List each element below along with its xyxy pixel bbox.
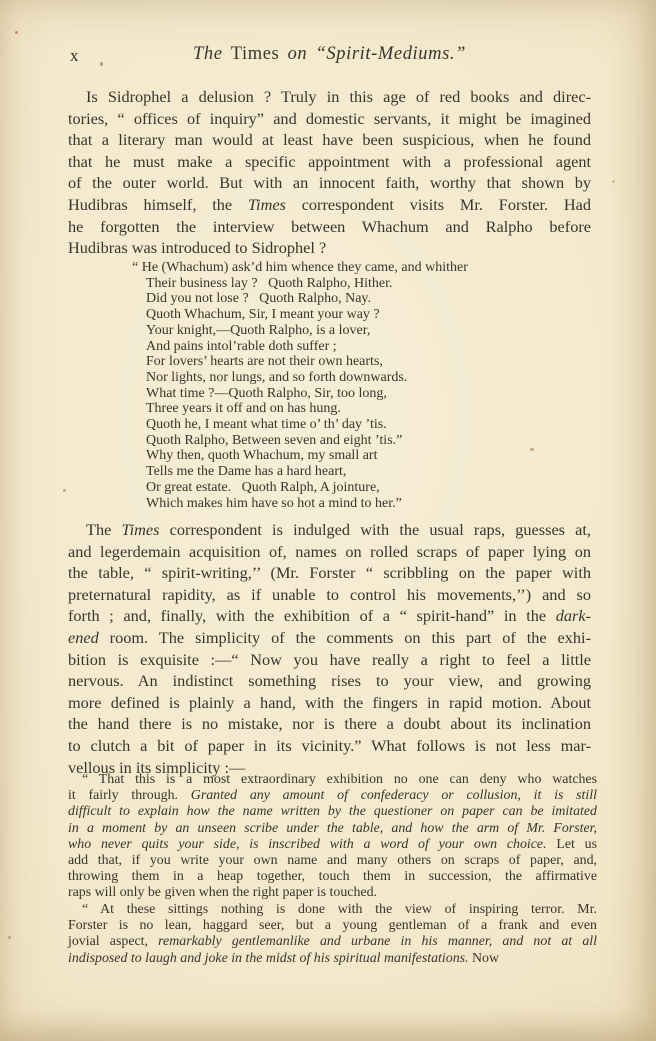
italic-text-run: indisposed to laugh and joke in the mids…: [68, 951, 469, 966]
text-run: Which makes him have so hot a mind to he…: [146, 496, 402, 511]
text-line: to clutch a bit of paper in its vicinity…: [68, 735, 591, 757]
text-run: that he must make a specific appointment…: [68, 152, 591, 171]
verse-quotation: “ He (Whachum) ask’d him whence they cam…: [146, 260, 578, 511]
text-run: jovial aspect,: [68, 934, 158, 949]
italic-text-run: dark-: [556, 606, 591, 625]
text-line: “ At these sittings nothing is done with…: [68, 902, 597, 918]
italic-text-run: who never quits your side, is inscribed …: [68, 837, 547, 852]
text-run: Nor lights, nor lungs, and so forth down…: [146, 370, 407, 385]
verse-line: What time ?—Quoth Ralpho, Sir, too long,: [146, 386, 578, 402]
text-run: it fairly through.: [68, 788, 191, 803]
text-run: forth ; and, finally, with the exhibitio…: [68, 606, 556, 625]
text-run: bition is exquisite :—“ Now you have rea…: [68, 650, 591, 669]
paper-speck: [15, 31, 18, 34]
text-line: jovial aspect, remarkably gentlemanlike …: [68, 934, 597, 950]
text-line: of the outer world. But with an innocent…: [68, 172, 591, 194]
text-run: add that, if you write your own name and…: [68, 853, 597, 868]
text-run: more defined is plainly a hand, with the…: [68, 693, 591, 712]
italic-text-run: Granted any amount of confederacy or col…: [191, 788, 597, 803]
text-run: What time ?—Quoth Ralpho, Sir, too long,: [146, 386, 387, 401]
text-run: Hudibras was introduced to Sidrophel ?: [68, 238, 326, 257]
text-line: raps will only be given when the right p…: [68, 885, 597, 901]
paper-speck: [8, 936, 11, 939]
text-line: The Times correspondent is indulged with…: [68, 519, 591, 541]
text-run: Three years it off and on has hung.: [146, 401, 341, 416]
text-run: Quoth Whachum, Sir, I meant your way ?: [146, 307, 380, 322]
text-run: tories, “ offices of inquiry” and domest…: [68, 109, 591, 128]
text-line: he forgotten the interview between Whach…: [68, 216, 591, 238]
verse-line: Did you not lose ? Quoth Ralpho, Nay.: [146, 291, 578, 307]
text-line: add that, if you write your own name and…: [68, 853, 597, 869]
text-run: correspondent visits Mr. Forster. Had: [286, 195, 591, 214]
text-run: “ At these sittings nothing is done with…: [82, 902, 597, 917]
text-run: Now: [469, 951, 499, 966]
italic-text-run: Times: [248, 195, 286, 214]
paper-speck: [63, 489, 66, 492]
text-line: difficult to explain how the name writte…: [68, 804, 597, 820]
text-run: Their business lay ? Quoth Ralpho, Hithe…: [146, 276, 393, 291]
verse-line: And pains intol’rable doth suffer ;: [146, 339, 578, 355]
italic-text-run: ened: [68, 628, 99, 647]
text-run: Why then, quoth Whachum, my small art: [146, 448, 377, 463]
text-run: The: [86, 520, 121, 539]
text-line: more defined is plainly a hand, with the…: [68, 692, 591, 714]
text-run: Quoth he, I meant what time o’ th’ day ’…: [146, 417, 387, 432]
italic-text-run: Times: [121, 520, 159, 539]
verse-line: Nor lights, nor lungs, and so forth down…: [146, 370, 578, 386]
text-line: nervous. An indistinct something rises t…: [68, 670, 591, 692]
text-run: he forgotten the interview between Whach…: [68, 217, 591, 236]
text-run: “ That this is a most extraordinary exhi…: [82, 772, 597, 787]
verse-line: Quoth Ralpho, Between seven and eight ’t…: [146, 433, 578, 449]
text-run: and legerdemain acquisition of, names on…: [68, 542, 591, 561]
small-print-quote-1: “ That this is a most extraordinary exhi…: [68, 772, 597, 902]
paragraph-intro: Is Sidrophel a delusion ? Truly in this …: [68, 86, 591, 259]
text-run: For lovers’ hearts are not their own hea…: [146, 354, 383, 369]
text-run: that a literary man would at least have …: [68, 130, 591, 149]
text-line: bition is exquisite :—“ Now you have rea…: [68, 649, 591, 671]
text-run: Or great estate. Quoth Ralph, A jointure…: [146, 480, 380, 495]
text-run: throwing them in a heap together, touch …: [68, 869, 597, 884]
text-run: Your knight,—Quoth Ralpho, is a lover,: [146, 323, 370, 338]
running-header: The Times on “Spirit-Mediums.”: [68, 44, 591, 65]
text-line: preternatural rapidity, as if unable to …: [68, 584, 591, 606]
text-line: who never quits your side, is inscribed …: [68, 837, 597, 853]
text-run: Is Sidrophel a delusion ? Truly in this …: [86, 87, 591, 106]
text-line: throwing them in a heap together, touch …: [68, 869, 597, 885]
text-run: preternatural rapidity, as if unable to …: [68, 585, 591, 604]
text-line: “ That this is a most extraordinary exhi…: [68, 772, 597, 788]
text-run: Did you not lose ? Quoth Ralpho, Nay.: [146, 291, 371, 306]
text-run: to clutch a bit of paper in its vicinity…: [68, 736, 591, 755]
text-line: the hand there is no mistake, nor is the…: [68, 713, 591, 735]
text-run: [492, 934, 502, 949]
paper-speck: [612, 180, 615, 183]
text-run: Hudibras himself, the: [68, 195, 248, 214]
text-line: that a literary man would at least have …: [68, 129, 591, 151]
text-line: forth ; and, finally, with the exhibitio…: [68, 605, 591, 627]
text-run: room. The simplicity of the comments on …: [99, 628, 591, 647]
text-line: that he must make a specific appointment…: [68, 151, 591, 173]
text-run: the hand there is no mistake, nor is the…: [68, 714, 591, 733]
text-line: Hudibras himself, the Times corresponden…: [68, 194, 591, 216]
text-line: it fairly through. Granted any amount of…: [68, 788, 597, 804]
verse-line: Tells me the Dame has a hard heart,: [146, 464, 578, 480]
scanned-book-page: x The Times on “Spirit-Mediums.” Is Sidr…: [0, 0, 656, 1041]
verse-line: Three years it off and on has hung.: [146, 401, 578, 417]
text-line: and legerdemain acquisition of, names on…: [68, 541, 591, 563]
verse-line: Or great estate. Quoth Ralph, A jointure…: [146, 480, 578, 496]
text-line: in a moment by an unseen scribe under th…: [68, 821, 597, 837]
italic-text-run: and not at all: [502, 934, 597, 949]
verse-line: Why then, quoth Whachum, my small art: [146, 448, 578, 464]
text-run: raps will only be given when the right p…: [68, 885, 377, 900]
paragraph-correspondent: The Times correspondent is indulged with…: [68, 519, 591, 778]
italic-text-run: in a moment by an unseen scribe under th…: [68, 821, 597, 836]
text-run: “ He (Whachum) ask’d him whence they cam…: [132, 260, 468, 275]
text-run: And pains intol’rable doth suffer ;: [146, 339, 337, 354]
text-run: Times: [231, 44, 288, 64]
verse-line: Your knight,—Quoth Ralpho, is a lover,: [146, 323, 578, 339]
text-run: correspondent is indulged with the usual…: [159, 520, 591, 539]
text-line: tories, “ offices of inquiry” and domest…: [68, 108, 591, 130]
text-run: of the outer world. But with an innocent…: [68, 173, 591, 192]
text-run: Forster is no lean, haggard seer, but a …: [68, 918, 597, 933]
verse-line: Quoth Whachum, Sir, I meant your way ?: [146, 307, 578, 323]
text-run: the table, “ spirit-writing,’’ (Mr. Fors…: [68, 563, 591, 582]
italic-text-run: The: [193, 44, 231, 64]
text-run: Let us: [547, 837, 597, 852]
italic-text-run: difficult to explain how the name writte…: [68, 804, 597, 819]
verse-line: “ He (Whachum) ask’d him whence they cam…: [146, 260, 578, 276]
verse-line: Their business lay ? Quoth Ralpho, Hithe…: [146, 276, 578, 292]
italic-text-run: on: [288, 44, 316, 64]
text-line: ened room. The simplicity of the comment…: [68, 627, 591, 649]
text-line: indisposed to laugh and joke in the mids…: [68, 951, 597, 967]
italic-text-run: “Spirit-Mediums.”: [316, 44, 467, 64]
text-line: Hudibras was introduced to Sidrophel ?: [68, 237, 591, 259]
verse-line: Quoth he, I meant what time o’ th’ day ’…: [146, 417, 578, 433]
verse-line: For lovers’ hearts are not their own hea…: [146, 354, 578, 370]
text-line: the table, “ spirit-writing,’’ (Mr. Fors…: [68, 562, 591, 584]
text-run: Quoth Ralpho, Between seven and eight ’t…: [146, 433, 402, 448]
italic-text-run: remarkably gentlemanlike and urbane in h…: [158, 934, 492, 949]
text-run: Tells me the Dame has a hard heart,: [146, 464, 346, 479]
verse-line: Which makes him have so hot a mind to he…: [146, 496, 578, 512]
text-line: Is Sidrophel a delusion ? Truly in this …: [68, 86, 591, 108]
text-run: nervous. An indistinct something rises t…: [68, 671, 591, 690]
small-print-quote-2: “ At these sittings nothing is done with…: [68, 902, 597, 967]
text-line: Forster is no lean, haggard seer, but a …: [68, 918, 597, 934]
